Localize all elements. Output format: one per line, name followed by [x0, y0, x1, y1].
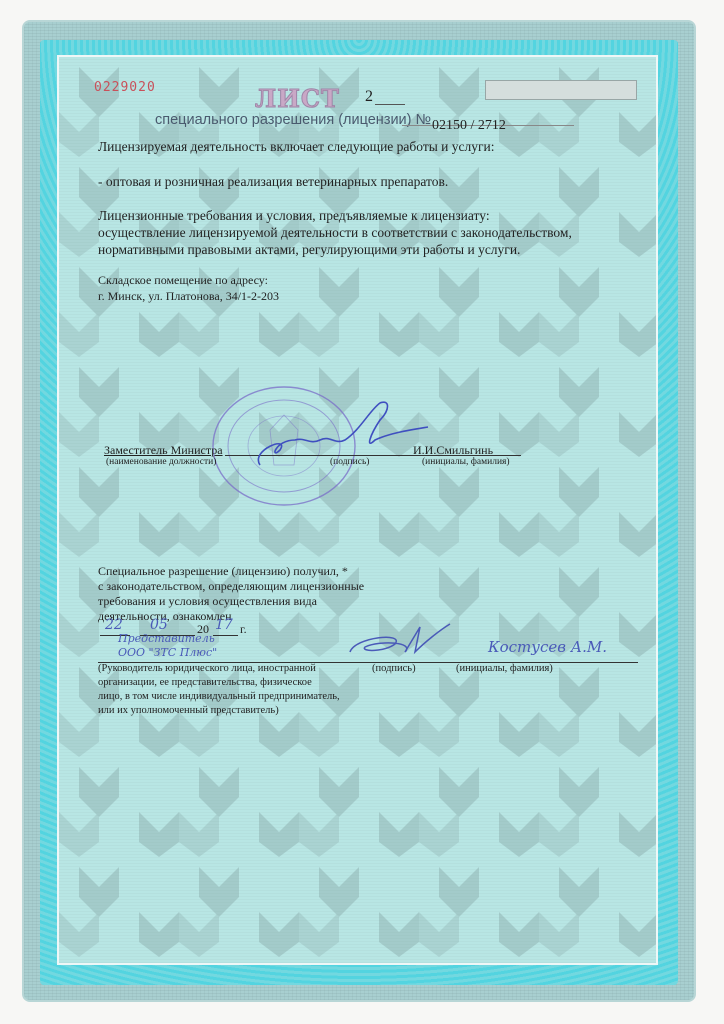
sheet-title: ЛИСТ — [255, 84, 340, 113]
security-pattern — [59, 57, 658, 965]
serial-number: 0229020 — [94, 80, 156, 95]
name-caption: (инициалы, фамилия) — [422, 457, 510, 467]
license-number: 02150 / 2712 — [432, 118, 506, 134]
date-day: 22 — [105, 617, 123, 633]
requirements-line-1: Лицензионные требования и условия, предъ… — [98, 207, 490, 225]
date-month: 05 — [150, 617, 168, 633]
requirements-line-3: нормативными правовыми актами, регулирую… — [98, 241, 520, 259]
receiver-role-caption-4: или их уполномоченный представитель) — [98, 705, 279, 716]
date-suffix: г. — [240, 620, 247, 638]
date-year-suffix: 17 — [215, 617, 233, 633]
handwritten-name: Костусев А.М. — [488, 638, 607, 656]
subtitle: специального разрешения (лицензии) № — [155, 112, 431, 128]
handwritten-role-1: Представитель — [118, 632, 215, 645]
blank-field — [485, 80, 637, 100]
sheet-number: 2 — [365, 88, 373, 106]
receiver-signature-caption: (подпись) — [372, 663, 416, 674]
date-year-line — [213, 635, 238, 636]
receiver-role-caption-2: организации, ее представительства, физич… — [98, 677, 312, 688]
activity-item: - оптовая и розничная реализация ветерин… — [98, 173, 448, 191]
requirements-line-2: осуществление лицензируемой деятельности… — [98, 224, 572, 242]
position-caption: (наименование должности) — [106, 457, 216, 467]
handwritten-role-2: ООО "ЗТС Плюс" — [118, 646, 217, 659]
warehouse-address: г. Минск, ул. Платонова, 34/1-2-203 — [98, 287, 279, 305]
receiver-name-caption: (инициалы, фамилия) — [456, 663, 553, 674]
receiver-role-caption-3: лицо, в том числе индивидуальный предпри… — [98, 691, 340, 702]
sheet-number-underline — [375, 104, 405, 105]
activity-intro: Лицензируемая деятельность включает след… — [98, 138, 495, 156]
signature-caption: (подпись) — [330, 457, 369, 467]
official-stamp — [210, 385, 358, 507]
document-sheet — [57, 55, 658, 965]
receiver-role-caption-1: (Руководитель юридического лица, иностра… — [98, 663, 316, 674]
